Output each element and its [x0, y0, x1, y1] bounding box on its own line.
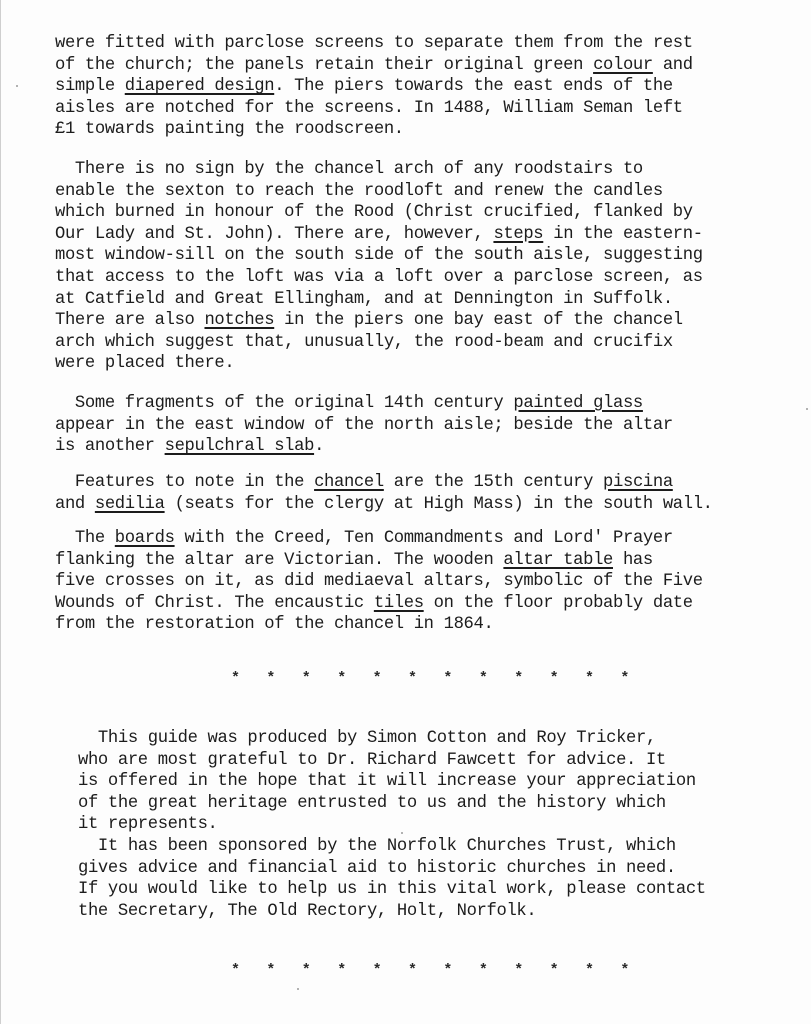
underlined-term: sepulchral slab: [165, 437, 314, 456]
underlined-term: diapered design: [125, 77, 274, 96]
text-run: of the great heritage entrusted to us an…: [78, 794, 666, 813]
text-run: and: [653, 56, 693, 75]
text-run: It has been sponsored by the Norfolk Chu…: [78, 837, 676, 856]
text-run: were fitted with parclose screens to sep…: [55, 34, 693, 53]
text-run: at Catfield and Great Ellingham, and at …: [55, 290, 673, 309]
text-run: of the church; the panels retain their o…: [55, 56, 593, 75]
text-run: with the Creed, Ten Commandments and Lor…: [175, 529, 673, 548]
text-line: the Secretary, The Old Rectory, Holt, No…: [78, 901, 811, 923]
text-run: . The piers towards the east ends of the: [274, 77, 673, 96]
text-line: There is no sign by the chancel arch of …: [55, 159, 795, 181]
text-line: arch which suggest that, unusually, the …: [55, 332, 795, 354]
text-run: This guide was produced by Simon Cotton …: [78, 729, 656, 748]
text-line: is another sepulchral slab.: [55, 436, 795, 458]
text-line: at Catfield and Great Ellingham, and at …: [55, 289, 795, 311]
text-run: is offered in the hope that it will incr…: [78, 772, 696, 791]
asterisk-separator-bottom: * * * * * * * * * * * *: [231, 962, 638, 979]
text-run: from the restoration of the chancel in 1…: [55, 615, 493, 634]
text-run: is another: [55, 437, 165, 456]
text-line: This guide was produced by Simon Cotton …: [78, 728, 811, 750]
underlined-term: boards: [115, 529, 175, 548]
paragraph-parclose-screens: were fitted with parclose screens to sep…: [55, 33, 795, 141]
underlined-term: altar table: [503, 551, 613, 570]
text-run: Some fragments of the original 14th cent…: [55, 394, 513, 413]
underlined-term: sedilia: [95, 495, 165, 514]
text-run: arch which suggest that, unusually, the …: [55, 333, 673, 352]
underlined-term: steps: [493, 225, 543, 244]
text-line: it represents.: [78, 814, 811, 836]
text-run: Features to note in the: [55, 473, 314, 492]
text-run: has: [613, 551, 653, 570]
scan-speck: [16, 85, 18, 87]
text-run: are the 15th century: [384, 473, 603, 492]
text-run: £1 towards painting the roodscreen.: [55, 120, 404, 139]
text-line: Our Lady and St. John). There are, howev…: [55, 224, 795, 246]
text-run: the Secretary, The Old Rectory, Holt, No…: [78, 902, 536, 921]
text-line: who are most grateful to Dr. Richard Faw…: [78, 750, 811, 772]
text-line: simple diapered design. The piers toward…: [55, 76, 795, 98]
text-run: There is no sign by the chancel arch of …: [55, 160, 643, 179]
text-run: who are most grateful to Dr. Richard Faw…: [78, 751, 666, 770]
asterisk-separator-top: * * * * * * * * * * * *: [231, 670, 638, 687]
text-run: simple: [55, 77, 125, 96]
underlined-term: notches: [204, 311, 274, 330]
text-run: and: [55, 495, 95, 514]
text-line: of the church; the panels retain their o…: [55, 55, 795, 77]
text-run: five crosses on it, as did mediaeval alt…: [55, 572, 703, 591]
scan-speck: [297, 988, 299, 990]
text-run: If you would like to help us in this vit…: [78, 880, 706, 899]
paragraph-roodstairs: There is no sign by the chancel arch of …: [55, 159, 795, 375]
underlined-term: tiles: [374, 594, 424, 613]
scan-speck: [806, 408, 808, 410]
text-line: most window-sill on the south side of th…: [55, 245, 795, 267]
text-line: which burned in honour of the Rood (Chri…: [55, 202, 795, 224]
underlined-term: chancel: [314, 473, 384, 492]
text-run: on the floor probably date: [424, 594, 693, 613]
text-line: £1 towards painting the roodscreen.: [55, 119, 795, 141]
text-line: of the great heritage entrusted to us an…: [78, 793, 811, 815]
text-run: The: [55, 529, 115, 548]
text-run: that access to the loft was via a loft o…: [55, 268, 703, 287]
underlined-term: colour: [593, 56, 653, 75]
text-line: Wounds of Christ. The encaustic tiles on…: [55, 593, 795, 615]
text-run: appear in the east window of the north a…: [55, 416, 673, 435]
text-line: from the restoration of the chancel in 1…: [55, 614, 795, 636]
text-line: aisles are notched for the screens. In 1…: [55, 98, 795, 120]
underlined-term: painted glass: [513, 394, 643, 413]
text-line: were fitted with parclose screens to sep…: [55, 33, 795, 55]
text-line: appear in the east window of the north a…: [55, 415, 795, 437]
text-line: If you would like to help us in this vit…: [78, 879, 811, 901]
text-line: gives advice and financial aid to histor…: [78, 858, 811, 880]
text-line: five crosses on it, as did mediaeval alt…: [55, 571, 795, 593]
text-run: were placed there.: [55, 354, 234, 373]
text-run: .: [314, 437, 324, 456]
text-line: is offered in the hope that it will incr…: [78, 771, 811, 793]
text-run: most window-sill on the south side of th…: [55, 246, 703, 265]
text-run: in the eastern-: [543, 225, 702, 244]
paragraph-chancel-features: Features to note in the chancel are the …: [55, 472, 795, 515]
text-line: and sedilia (seats for the clergy at Hig…: [55, 494, 795, 516]
credits-paragraph: This guide was produced by Simon Cotton …: [78, 728, 811, 922]
text-run: gives advice and financial aid to histor…: [78, 859, 676, 878]
text-run: Wounds of Christ. The encaustic: [55, 594, 374, 613]
paragraph-boards-altar: The boards with the Creed, Ten Commandme…: [55, 528, 795, 636]
text-run: flanking the altar are Victorian. The wo…: [55, 551, 503, 570]
text-run: in the piers one bay east of the chancel: [274, 311, 683, 330]
text-line: that access to the loft was via a loft o…: [55, 267, 795, 289]
text-line: There are also notches in the piers one …: [55, 310, 795, 332]
text-run: which burned in honour of the Rood (Chri…: [55, 203, 693, 222]
scan-speck: [401, 832, 403, 834]
text-line: flanking the altar are Victorian. The wo…: [55, 550, 795, 572]
text-run: (seats for the clergy at High Mass) in t…: [165, 495, 713, 514]
text-line: were placed there.: [55, 353, 795, 375]
text-line: Features to note in the chancel are the …: [55, 472, 795, 494]
text-run: aisles are notched for the screens. In 1…: [55, 99, 683, 118]
text-line: enable the sexton to reach the roodloft …: [55, 181, 795, 203]
underlined-term: piscina: [603, 473, 673, 492]
text-run: it represents.: [78, 815, 218, 834]
paragraph-painted-glass: Some fragments of the original 14th cent…: [55, 393, 795, 458]
text-run: Our Lady and St. John). There are, howev…: [55, 225, 493, 244]
scanned-page: were fitted with parclose screens to sep…: [0, 0, 811, 1024]
text-line: Some fragments of the original 14th cent…: [55, 393, 795, 415]
text-line: The boards with the Creed, Ten Commandme…: [55, 528, 795, 550]
text-run: There are also: [55, 311, 204, 330]
text-line: It has been sponsored by the Norfolk Chu…: [78, 836, 811, 858]
text-run: enable the sexton to reach the roodloft …: [55, 182, 663, 201]
